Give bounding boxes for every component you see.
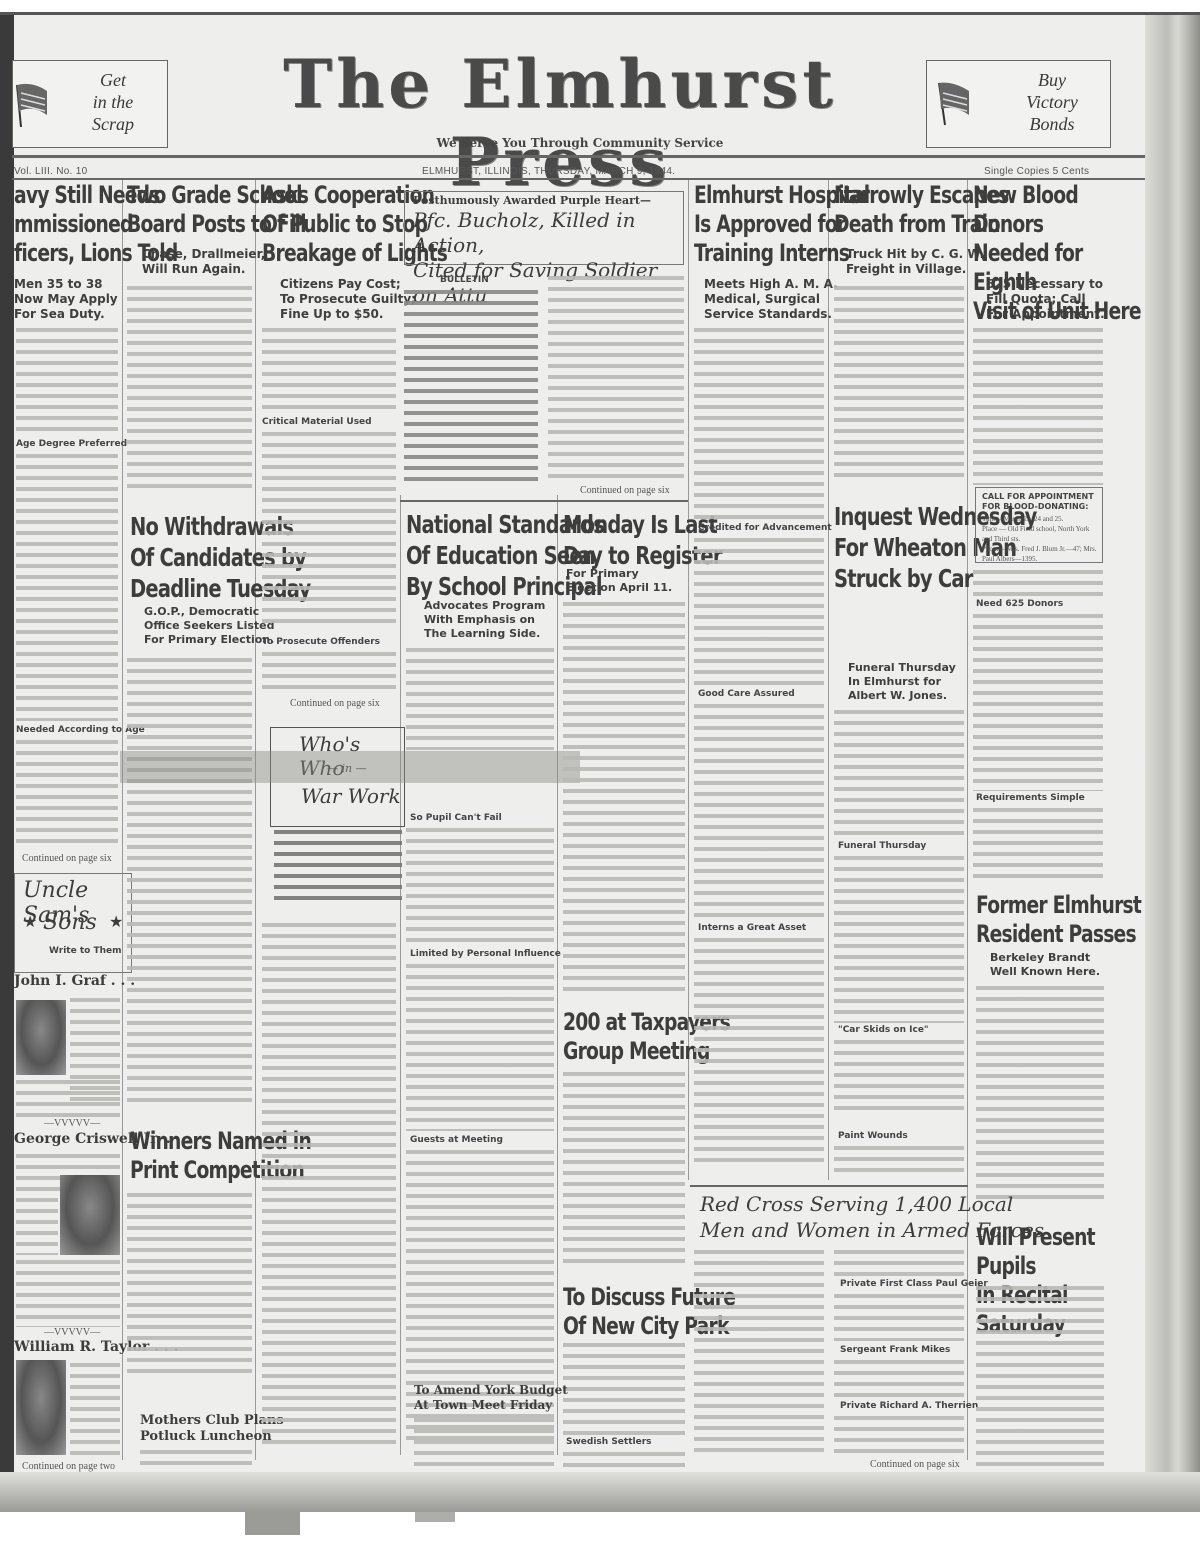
- deck: For Appointment.: [986, 307, 1105, 322]
- subhead: Swedish Settlers: [566, 1437, 652, 1447]
- article-body: [694, 325, 824, 520]
- price: Single Copies 5 Cents: [984, 166, 1089, 177]
- scrap-line-3: Scrap: [83, 113, 143, 135]
- article-body: [16, 325, 118, 435]
- article-body: [694, 935, 824, 1165]
- article-body: [127, 1190, 252, 1380]
- flag-icon: [935, 79, 971, 125]
- uncle-sams-sons-box: Uncle Sam's Sons ★ ★ Write to Them: [14, 873, 132, 973]
- deck: 625 Necessary to: [986, 277, 1105, 292]
- deck: For Primary Election.: [144, 633, 274, 647]
- star-icon: ★: [109, 912, 123, 931]
- deck: With Emphasis on: [424, 613, 545, 627]
- deck: Medical, Surgical: [704, 292, 838, 307]
- bucholz-headline-box: Posthumously Awarded Purple Heart— Pfc. …: [404, 191, 684, 265]
- subhead: Private First Class Paul Geier: [840, 1279, 988, 1289]
- subhead: Limited by Personal Influence: [410, 949, 561, 959]
- article-body: [563, 599, 685, 994]
- subhead: Needed According to Age: [16, 725, 145, 735]
- deck: Advocates Program: [424, 599, 545, 613]
- article-body: [973, 325, 1103, 420]
- deck: The Learning Side.: [424, 627, 545, 641]
- deck: To Prosecute Guilty;: [280, 292, 416, 307]
- box-line: Time—March 23, 24 and 25.: [982, 514, 1100, 524]
- subhead: Paint Wounds: [838, 1131, 908, 1141]
- column-rule: [967, 180, 968, 1460]
- newspaper-page: Get in the Scrap The Elmhurst Press We S…: [0, 12, 1200, 1512]
- subhead: Good Care Assured: [698, 689, 795, 699]
- article-body: [406, 961, 554, 1131]
- deck: Citizens Pay Cost;: [280, 277, 416, 292]
- article-body: [834, 707, 964, 837]
- get-in-the-scrap-box: Get in the Scrap: [12, 60, 168, 148]
- dateline: ELMHURST, ILLINOIS, THURSDAY, MARCH 9, 1…: [422, 166, 675, 177]
- continued-note: Continued on page six: [290, 698, 380, 709]
- star-icon: ★: [23, 912, 37, 931]
- headline: Pfc. Bucholz, Killed in Action,: [413, 208, 683, 258]
- deck: Truck Hit by C. G. W.: [846, 247, 984, 262]
- subline: Write to Them: [49, 946, 121, 956]
- binding-edge: [0, 15, 14, 1512]
- headline: Training Interns: [694, 239, 869, 268]
- deck: Now May Apply: [14, 292, 118, 307]
- headline: Former Elmhurst: [976, 891, 1141, 920]
- flag-icon: [13, 81, 49, 127]
- article-body: [262, 325, 396, 415]
- deck: Office Seekers Listed: [144, 619, 274, 633]
- article-body: [973, 425, 1103, 485]
- subhead: Age Degree Preferred: [16, 439, 127, 449]
- article-body: [834, 283, 964, 483]
- soldier-photo: [60, 1175, 120, 1255]
- soldier-photo: [16, 1360, 66, 1455]
- article-body: [834, 1247, 964, 1277]
- article-body: [548, 273, 684, 483]
- dateline-rule: [12, 178, 1145, 180]
- bonds-line-1: Buy: [1007, 69, 1097, 91]
- article-body: [274, 827, 402, 907]
- article-body: [127, 655, 252, 1105]
- article-body: [16, 1077, 120, 1117]
- article-body: [563, 1069, 685, 1269]
- article-body: [262, 920, 396, 1450]
- separator: —VVVVV—: [44, 1118, 100, 1129]
- subhead: Credited for Advancement: [698, 523, 832, 533]
- divider: [400, 500, 688, 502]
- article-body: [406, 825, 554, 945]
- bulletin-label: BULLETIN: [440, 275, 489, 285]
- article-body: [16, 1195, 58, 1255]
- article-body: [127, 283, 252, 493]
- continued-note: Continued on page six: [580, 485, 670, 496]
- subhead: Critical Material Used: [262, 417, 372, 427]
- article-body: [973, 567, 1103, 597]
- subhead: Guests at Meeting: [410, 1135, 503, 1145]
- column-rule: [828, 180, 829, 1180]
- deck: For Primary: [566, 567, 672, 581]
- kicker: Posthumously Awarded Purple Heart—: [413, 194, 651, 207]
- scrap-line-1: Get: [83, 69, 143, 91]
- column-rule: [255, 180, 256, 1460]
- newspaper-motto: We Serve You Through Community Service: [340, 136, 820, 150]
- continued-note: Continued on page six: [22, 853, 112, 864]
- deck: Will Run Again.: [142, 262, 265, 277]
- bonds-line-2: Victory: [1007, 91, 1097, 113]
- deck: Fine Up to $50.: [280, 307, 416, 322]
- page-bottom-edge: [0, 1472, 1200, 1512]
- headline: Red Cross Serving 1,400 Local: [700, 1191, 1044, 1217]
- article-body: [834, 853, 964, 1023]
- article-body: [16, 1257, 120, 1327]
- tape-strip: [120, 751, 580, 783]
- article-body: [834, 1037, 964, 1115]
- subhead: Private Richard A. Therrien: [840, 1401, 978, 1411]
- subhead: Need 625 Donors: [976, 599, 1063, 609]
- deck: Men 35 to 38: [14, 277, 118, 292]
- scrap-line-2: in the: [83, 91, 143, 113]
- headline: Resident Passes: [976, 920, 1141, 949]
- masthead-rule: [12, 155, 1145, 158]
- article-body: [973, 611, 1103, 791]
- article-body: [262, 649, 396, 693]
- deck: Berkeley Brandt: [990, 951, 1100, 965]
- article-body: [404, 287, 538, 487]
- article-body: [694, 535, 824, 685]
- box-line: Phone—Mrs. Fred J. Blum Jr.—47; Mrs. Pau…: [982, 544, 1100, 564]
- article-body: [834, 1143, 964, 1179]
- column-rule: [122, 180, 123, 1460]
- continued-note: Continued on page six: [870, 1459, 960, 1470]
- blood-appointment-box: CALL FOR APPOINTMENT FOR BLOOD-DONATING:…: [975, 487, 1103, 563]
- deck: Albert W. Jones.: [848, 689, 956, 703]
- buy-victory-bonds-box: Buy Victory Bonds: [926, 60, 1111, 148]
- column-rule: [400, 495, 401, 1455]
- article-body: [694, 701, 824, 921]
- subhead: Sergeant Frank Mikes: [840, 1345, 950, 1355]
- article-body: [16, 451, 118, 721]
- headline: Will Present Pupils: [976, 1223, 1151, 1281]
- subhead: Interns a Great Asset: [698, 923, 806, 933]
- volume-number: Vol. LIII. No. 10: [14, 166, 87, 177]
- article-body: [834, 1413, 964, 1453]
- deck: Funeral Thursday: [848, 661, 956, 675]
- deck: Election April 11.: [566, 581, 672, 595]
- deck: Fill Quota; Call: [986, 292, 1105, 307]
- deck: G.O.P., Democratic: [144, 605, 274, 619]
- soldier-photo: [16, 1000, 66, 1075]
- page-edge: [1145, 15, 1200, 1512]
- bonds-line-3: Bonds: [1007, 113, 1097, 135]
- headline: Sons: [43, 910, 97, 935]
- article-body: [563, 1340, 685, 1435]
- column-rule: [557, 495, 558, 1455]
- headline: At Town Meet Friday: [414, 1398, 568, 1413]
- article-body: [976, 983, 1104, 1203]
- deck: In Elmhurst for: [848, 675, 956, 689]
- box-line: Place — Old Field school, North York and…: [982, 524, 1100, 544]
- article-body: [16, 737, 118, 847]
- separator: —VVVVV—: [44, 1327, 100, 1338]
- headline: To Amend York Budget: [414, 1383, 568, 1398]
- deck: Chase, Drallmeier,: [142, 247, 265, 262]
- article-body: [834, 1357, 964, 1397]
- soldier-name: John I. Graf . . .: [14, 973, 135, 989]
- subhead: Requirements Simple: [976, 793, 1085, 803]
- divider: [690, 1185, 968, 1187]
- article-body: [973, 805, 1103, 885]
- box-title: CALL FOR APPOINTMENT: [982, 492, 1094, 502]
- article-body: [694, 1247, 824, 1457]
- headline: New Blood Donors: [973, 181, 1150, 239]
- article-body: [976, 1283, 1104, 1478]
- subhead: "Car Skids on Ice": [838, 1025, 929, 1035]
- article-body: [834, 1291, 964, 1341]
- deck: Meets High A. M. A.: [704, 277, 838, 292]
- subhead: So Pupil Can't Fail: [410, 813, 502, 823]
- article-body: [70, 1360, 120, 1455]
- subhead: Funeral Thursday: [838, 841, 926, 851]
- article-body: [406, 645, 554, 750]
- deck: Service Standards.: [704, 307, 838, 322]
- subhead: To Prosecute Offenders: [262, 637, 380, 647]
- deck: Well Known Here.: [990, 965, 1100, 979]
- deck: Freight in Village.: [846, 262, 984, 277]
- continued-note: Continued on page two: [22, 1461, 115, 1472]
- article-body: [262, 429, 396, 629]
- box-title: FOR BLOOD-DONATING:: [982, 502, 1094, 512]
- headline: War Work: [301, 784, 401, 808]
- deck: For Sea Duty.: [14, 307, 118, 322]
